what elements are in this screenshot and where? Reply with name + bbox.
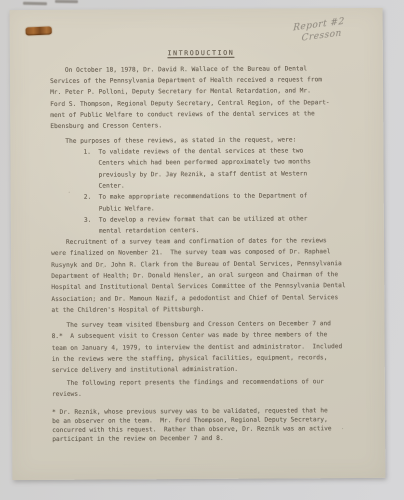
paragraph-survey-team: Recruitment of a survey team and confirm…	[51, 235, 366, 316]
handwritten-annotation: Report #2 Cresson	[292, 17, 344, 46]
scanner-edge-mark	[55, 0, 78, 3]
paragraph-site-visits: The survey team visited Ebensburg and Cr…	[51, 318, 366, 377]
paper-speck	[69, 192, 70, 193]
scanned-page: Report #2 Cresson INTRODUCTION On Octobe…	[0, 0, 404, 500]
paragraph-request-received: On October 18, 1978, Dr. David R. Wallac…	[50, 62, 365, 132]
purposes-numbered-list: 1. To validate reviews of the dental ser…	[83, 145, 399, 238]
staple-rust-mark	[26, 26, 52, 35]
paper-speck	[342, 428, 343, 429]
paragraph-closing: The following report presents the findin…	[52, 376, 367, 401]
document-title: INTRODUCTION	[50, 48, 352, 58]
scanner-edge-mark	[23, 2, 47, 6]
footnote: * Dr. Reznik, whose previous survey was …	[52, 406, 367, 444]
paper-sheet: Report #2 Cresson INTRODUCTION On Octobe…	[10, 8, 386, 480]
